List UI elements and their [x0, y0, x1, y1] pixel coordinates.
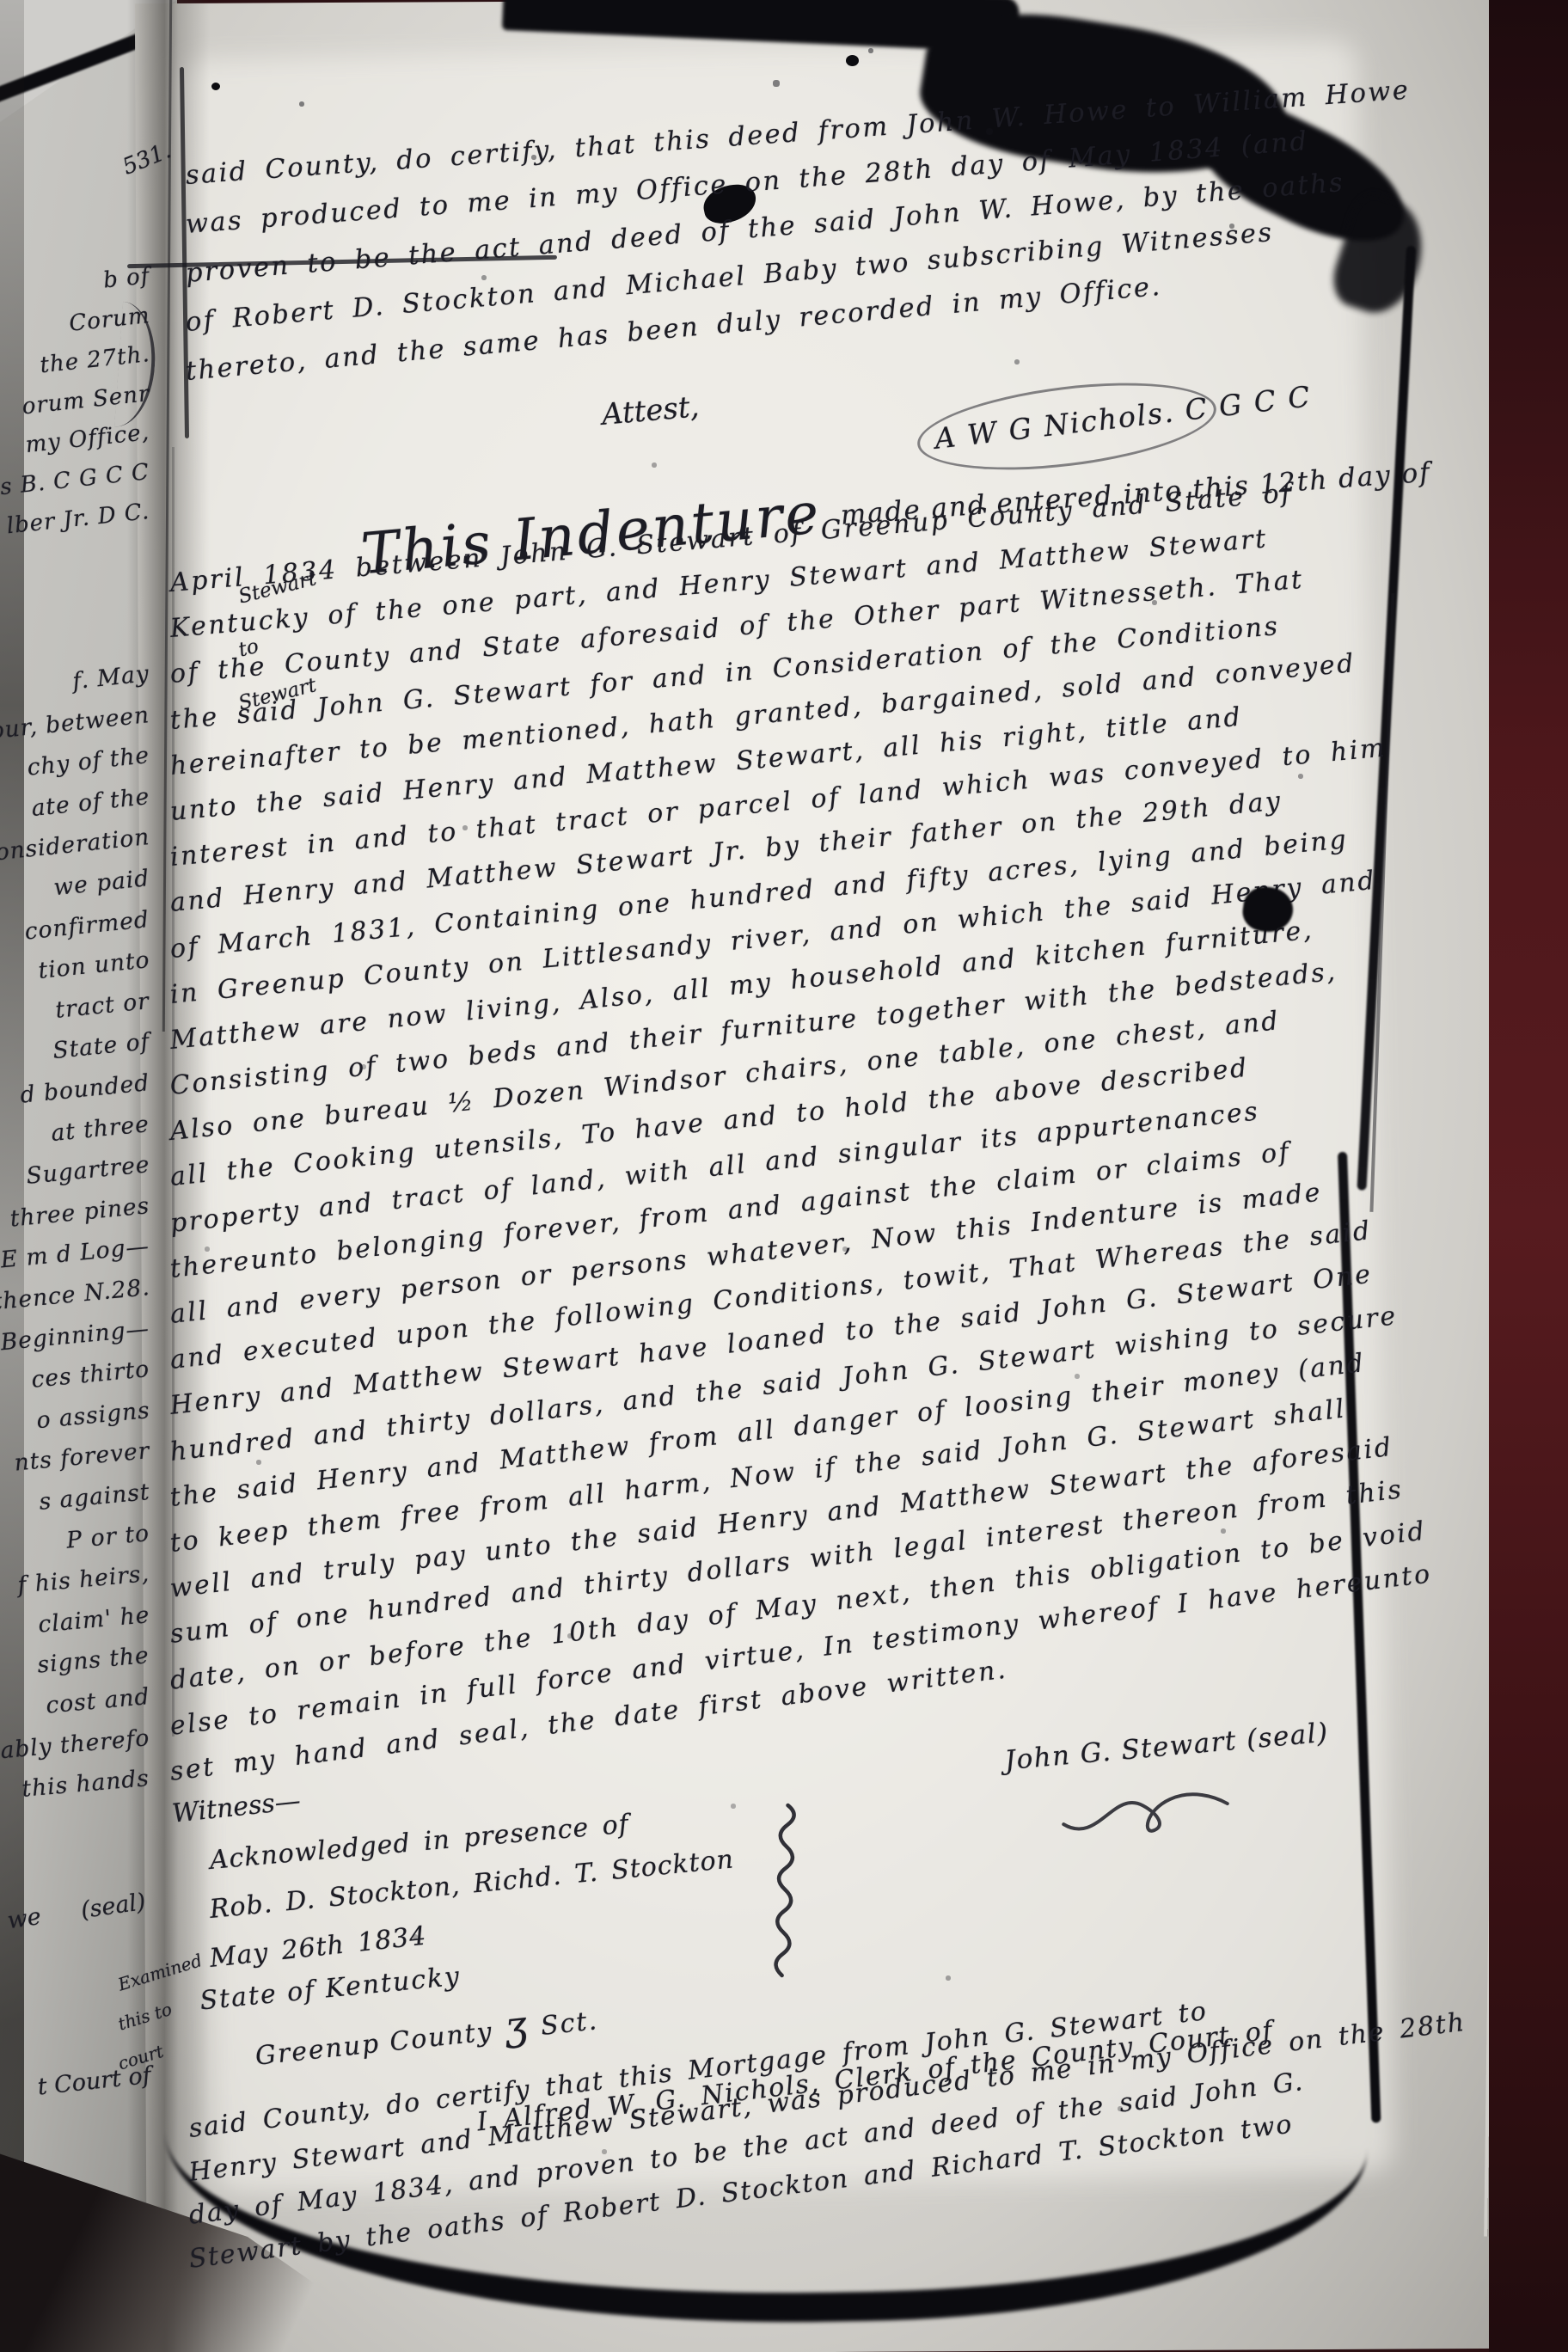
book-cover — [1489, 0, 1568, 2352]
prior-certification-paragraph: said County, do certify, that this deed … — [186, 151, 1413, 396]
left-edge-shadow — [0, 0, 24, 2352]
acknowledgment-block: Acknowledged in presence ofRob. D. Stock… — [210, 1836, 736, 1983]
deed-book-photo: b ofCorumthe 27th.orum Senrmy Office,ls … — [0, 0, 1568, 2352]
margin-note-bottom: Examinedthis tocourt — [119, 1965, 205, 2084]
recording-certification-paragraph: said County, do certify that this Mortga… — [189, 2108, 1474, 2282]
sct-label: Sct. — [539, 2006, 599, 2042]
left-page-fragment: b of — [102, 263, 151, 293]
sct-brace: ʒ — [503, 2005, 531, 2047]
ink-speck — [211, 83, 220, 90]
paper-speckles — [0, 0, 2, 2]
indenture-body: April 1834 between John G. Stewart of Gr… — [170, 560, 1441, 1795]
left-page-fragment: we — [6, 1903, 43, 1934]
ink-speck — [846, 55, 859, 66]
